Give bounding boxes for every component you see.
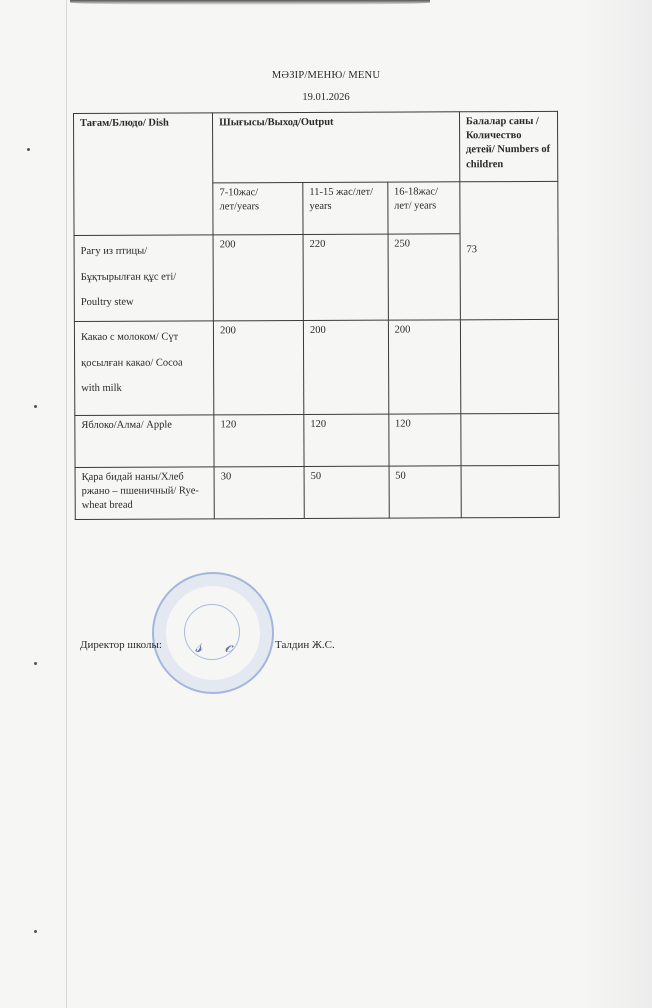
children-empty-cell <box>461 413 559 465</box>
header-output: Шығысы/Выход/Output <box>213 112 460 183</box>
output-cell: 30 <box>214 466 304 518</box>
dish-cell: Яблоко/Алма/ Apple <box>75 415 214 468</box>
punch-mark <box>34 405 37 408</box>
output-cell: 200 <box>303 320 388 414</box>
children-count: 73 <box>460 181 559 319</box>
age-group-7-10: 7-10жас/лет/years <box>213 182 303 234</box>
output-cell: 200 <box>213 234 303 320</box>
output-cell: 120 <box>388 414 460 466</box>
output-cell: 50 <box>389 466 461 518</box>
table-row: Яблоко/Алма/ Apple 120 120 120 <box>75 413 559 467</box>
age-group-11-15: 11-15 жас/лет/ years <box>303 182 388 234</box>
director-label: Директор школы: <box>80 639 162 651</box>
dish-line: қосылған какао/ Cocoa <box>81 350 207 376</box>
dish-line: Какао с молоком/ Сүт <box>81 324 207 350</box>
output-cell: 220 <box>303 234 388 320</box>
dish-line: with milk <box>81 376 207 402</box>
children-empty-cell <box>460 319 559 413</box>
output-cell: 120 <box>304 414 389 466</box>
menu-table: Тағам/Блюдо/ Dish Шығысы/Выход/Output Ба… <box>73 111 560 520</box>
dish-line: Рагу из птицы/ <box>81 238 207 264</box>
punch-mark <box>34 662 37 665</box>
output-cell: 200 <box>214 320 304 414</box>
header-children: Балалар саны /Количество детей/ Numbers … <box>459 111 557 181</box>
document-date: 19.01.2026 <box>0 92 652 103</box>
punch-mark <box>27 148 30 151</box>
punch-mark <box>34 930 37 933</box>
output-cell: 120 <box>214 414 304 466</box>
dish-line: Poultry stew <box>81 290 207 316</box>
dish-cell: Қара бидай наны/Хлеб ржано – пшеничный/ … <box>75 467 214 520</box>
fold-line <box>66 0 67 1008</box>
output-cell: 50 <box>304 466 389 518</box>
age-group-16-18: 16-18жас/лет/ years <box>387 182 459 234</box>
scan-edge <box>582 0 652 1008</box>
scan-shadow <box>70 0 430 5</box>
table-row: Қара бидай наны/Хлеб ржано – пшеничный/ … <box>75 465 559 519</box>
table-row: Какао с молоком/ Сүт қосылған какао/ Coc… <box>74 319 558 415</box>
table-header-row: Тағам/Блюдо/ Dish Шығысы/Выход/Output Ба… <box>74 111 558 183</box>
document-title: МӘЗІР/МЕНЮ/ MENU <box>0 70 652 81</box>
header-dish: Тағам/Блюдо/ Dish <box>74 113 214 236</box>
signature-icon: 𝓈 𝒸 <box>195 633 241 657</box>
children-empty-cell <box>461 465 559 517</box>
dish-cell: Какао с молоком/ Сүт қосылған какао/ Coc… <box>74 321 214 416</box>
dish-cell: Рагу из птицы/ Бұқтырылған құс еті/ Poul… <box>74 235 213 322</box>
output-cell: 200 <box>388 320 461 414</box>
dish-line: Бұқтырылған құс еті/ <box>81 264 207 290</box>
output-cell: 250 <box>388 234 461 320</box>
director-name: Талдин Ж.С. <box>275 639 335 651</box>
